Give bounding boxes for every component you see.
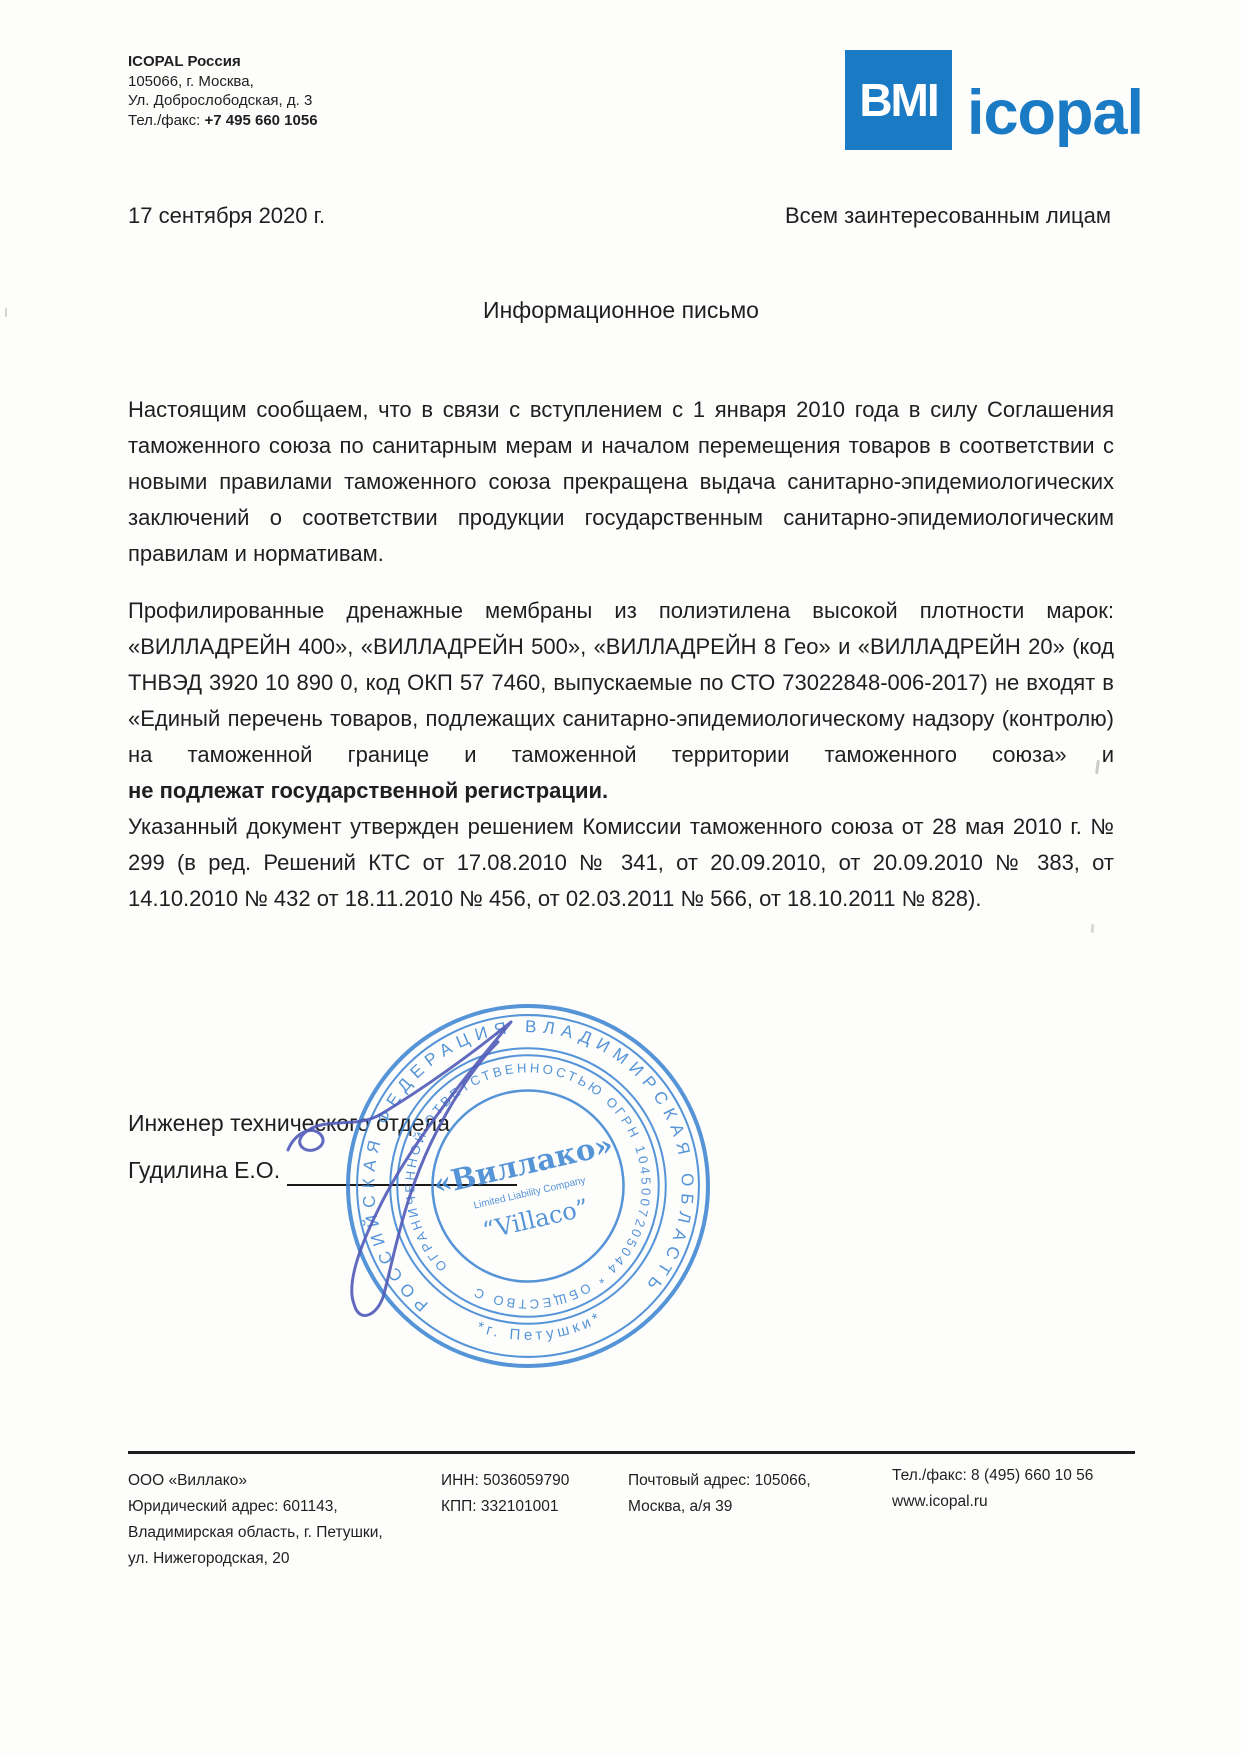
footer-company-name: ООО «Виллако»	[128, 1468, 383, 1494]
bmi-logo-text: BMI	[859, 73, 937, 127]
phone-number: +7 495 660 1056	[205, 112, 318, 129]
footer-tax-block: ИНН: 5036059790 КПП: 332101001	[441, 1468, 569, 1520]
paragraph-3: Указанный документ утвержден решением Ко…	[128, 809, 1114, 917]
paragraph-2-bold: не подлежат государственной регистрации.	[128, 773, 1114, 809]
letterhead-address-line-1: 105066, г. Москва,	[128, 72, 318, 92]
letter-addressee: Всем заинтересованным лицам	[785, 203, 1111, 229]
handwritten-signature	[258, 1008, 568, 1338]
letterhead-address-block: ICOPAL Россия 105066, г. Москва, Ул. Доб…	[128, 52, 318, 130]
footer-postal-address-1: Почтовый адрес: 105066,	[628, 1468, 811, 1494]
letterhead-company-name: ICOPAL Россия	[128, 52, 318, 72]
footer-postal-block: Почтовый адрес: 105066, Москва, а/я 39	[628, 1468, 811, 1520]
footer-legal-address-3: ул. Нижегородская, 20	[128, 1546, 383, 1572]
letter-date: 17 сентября 2020 г.	[128, 203, 325, 229]
letter-title: Информационное письмо	[128, 297, 1114, 324]
footer-divider	[128, 1451, 1135, 1454]
letter-body: Настоящим сообщаем, что в связи с вступл…	[128, 392, 1114, 917]
letterhead-address-line-2: Ул. Доброслободская, д. 3	[128, 91, 318, 111]
footer-company-block: ООО «Виллако» Юридический адрес: 601143,…	[128, 1468, 383, 1572]
scan-artifact	[1091, 924, 1095, 933]
bmi-icopal-logo: BMI icopal	[845, 50, 1143, 150]
paragraph-1: Настоящим сообщаем, что в связи с вступл…	[128, 392, 1114, 572]
footer-kpp: КПП: 332101001	[441, 1494, 569, 1520]
footer-inn: ИНН: 5036059790	[441, 1468, 569, 1494]
footer-legal-address-1: Юридический адрес: 601143,	[128, 1494, 383, 1520]
document-page: ICOPAL Россия 105066, г. Москва, Ул. Доб…	[0, 0, 1241, 1755]
footer-contact-block: Тел./факс: 8 (495) 660 10 56 www.icopal.…	[892, 1463, 1093, 1515]
bmi-logo-square: BMI	[845, 50, 952, 150]
footer-phone: Тел./факс: 8 (495) 660 10 56	[892, 1463, 1093, 1489]
footer-postal-address-2: Москва, а/я 39	[628, 1494, 811, 1520]
footer-website: www.icopal.ru	[892, 1489, 1093, 1515]
footer-legal-address-2: Владимирская область, г. Петушки,	[128, 1520, 383, 1546]
paragraph-2: Профилированные дренажные мембраны из по…	[128, 593, 1114, 773]
icopal-wordmark: icopal	[967, 82, 1143, 145]
phone-label: Тел./факс:	[128, 112, 205, 129]
signature-stroke	[288, 1022, 511, 1315]
scan-artifact	[5, 308, 7, 317]
letterhead-phone-line: Тел./факс: +7 495 660 1056	[128, 111, 318, 131]
